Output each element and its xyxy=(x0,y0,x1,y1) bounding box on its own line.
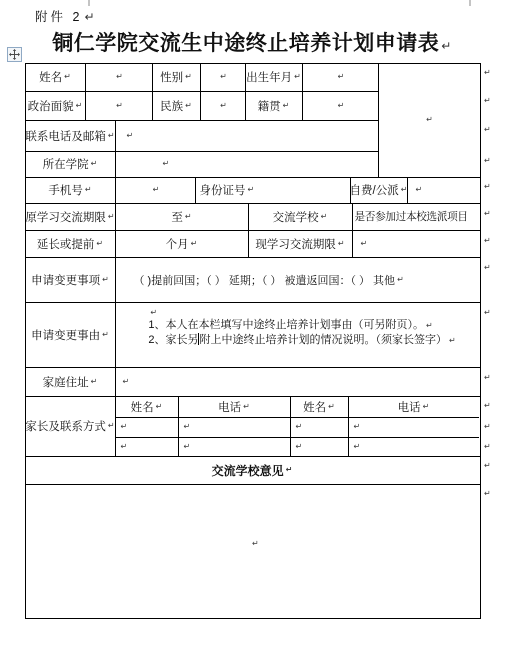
cell-end-mark: ↵ xyxy=(401,186,408,194)
cell-end-mark: ↵ xyxy=(127,132,134,140)
row-change-items: 申请变更事项↵ （ )提前回国；（ ） 延期；（ ） 被遣返回国：（ ） 其他↵ xyxy=(26,258,480,303)
cell-end-mark: ↵ xyxy=(338,102,345,110)
parent-phone-value-cell[interactable]: ↵ xyxy=(349,418,479,437)
funding-value-cell[interactable]: ↵ xyxy=(408,178,479,203)
change-reason-cell[interactable]: ↵ 1、本人在本栏填写中途终止培养计划事由（可另附页）。↵ 2、家长另附上中途终… xyxy=(116,303,479,367)
row-end-mark: ↵ xyxy=(484,69,491,77)
row-end-mark: ↵ xyxy=(484,237,491,245)
ethnicity-value-cell[interactable]: ↵ xyxy=(201,92,246,120)
cell-end-mark: ↵ xyxy=(185,213,192,221)
row-extend: 延长或提前↵ 个月↵ 现学习交流期限↵ ↵ xyxy=(26,231,480,258)
cell-end-mark: ↵ xyxy=(108,132,115,140)
photo-cell[interactable]: ↵ xyxy=(379,64,479,177)
period-to-cell[interactable]: 至↵ xyxy=(116,204,249,230)
ethnicity-label: 民族↵ xyxy=(153,92,201,120)
exchange-school-label: 交流学校↵ xyxy=(249,204,353,230)
parent-name-value-cell[interactable]: ↵ xyxy=(291,418,349,437)
row-end-mark: ↵ xyxy=(484,443,491,451)
mobile-label: 手机号↵ xyxy=(26,178,116,203)
reason-line-1: 1、本人在本栏填写中途终止培养计划事由（可另附页）。↵ xyxy=(148,319,455,333)
change-items-label: 申请变更事项↵ xyxy=(26,258,116,302)
cell-end-mark: ↵ xyxy=(153,186,160,194)
native-place-label: 籍贯↵ xyxy=(246,92,303,120)
cell-end-mark: ↵ xyxy=(64,73,71,81)
parents-header-row: 姓名↵ 电话↵ 姓名↵ 电话↵ xyxy=(116,397,479,418)
cell-end-mark: ↵ xyxy=(328,403,335,411)
college-value-cell[interactable]: ↵ xyxy=(116,152,378,177)
row-school-opinion: 交流学校意见↵ xyxy=(26,457,480,485)
cell-end-mark: ↵ xyxy=(243,403,250,411)
parent-phone-header: 电话↵ xyxy=(179,397,291,417)
cell-end-mark: ↵ xyxy=(426,116,433,124)
paragraph-mark: ↵ xyxy=(449,336,456,345)
current-period-label: 现学习交流期限↵ xyxy=(249,231,353,257)
cell-end-mark: ↵ xyxy=(354,443,361,451)
cell-end-mark: ↵ xyxy=(156,403,163,411)
attachment-label: 附件 2↵ xyxy=(35,7,98,25)
row-end-mark: ↵ xyxy=(484,97,491,105)
cell-end-mark: ↵ xyxy=(220,73,227,81)
extend-label: 延长或提前↵ xyxy=(26,231,116,257)
cell-end-mark: ↵ xyxy=(121,443,128,451)
home-address-label: 家庭住址↵ xyxy=(26,368,116,396)
participated-label: 是否参加过本校选派项目 xyxy=(353,204,479,230)
cell-end-mark: ↵ xyxy=(361,240,368,248)
row-home-address: 家庭住址↵ ↵ xyxy=(26,368,480,397)
row-contact: 联系电话及邮箱↵ ↵ xyxy=(26,121,378,152)
row-end-mark: ↵ xyxy=(484,126,491,134)
political-status-value-cell[interactable]: ↵ xyxy=(86,92,153,120)
table-move-handle-icon[interactable] xyxy=(7,47,22,62)
cell-end-mark: ↵ xyxy=(286,466,293,474)
cell-end-mark: ↵ xyxy=(248,186,255,194)
row-end-mark: ↵ xyxy=(484,402,491,410)
row-college: 所在学院↵ ↵ xyxy=(26,152,378,177)
name-value-cell[interactable]: ↵ xyxy=(86,64,153,91)
row-end-mark: ↵ xyxy=(484,309,491,317)
cell-end-mark: ↵ xyxy=(91,160,98,168)
parents-entry-row: ↵ ↵ ↵ ↵ xyxy=(116,438,479,456)
school-opinion-label: 交流学校意见↵ xyxy=(26,457,479,484)
page-margin-mark xyxy=(88,0,90,6)
current-period-value-cell[interactable]: ↵ xyxy=(353,231,479,257)
cell-end-mark: ↵ xyxy=(116,102,123,110)
cell-end-mark: ↵ xyxy=(296,423,303,431)
cell-end-mark: ↵ xyxy=(184,423,191,431)
row-name-gender-birth: 姓名↵ ↵ 性别↵ ↵ 出生年月↵ ↵ xyxy=(26,64,378,92)
college-label: 所在学院↵ xyxy=(26,152,116,177)
row-end-mark: ↵ xyxy=(484,157,491,165)
paragraph-mark: ↵ xyxy=(150,308,157,317)
cell-end-mark: ↵ xyxy=(185,102,192,110)
cell-end-mark: ↵ xyxy=(294,73,301,81)
parent-phone-value-cell[interactable]: ↵ xyxy=(179,418,291,437)
contact-value-cell[interactable]: ↵ xyxy=(116,121,378,151)
reason-line-2: 2、家长另附上中途终止培养计划的情况说明。（须家长签字）↵ xyxy=(148,333,455,348)
top-section: 姓名↵ ↵ 性别↵ ↵ 出生年月↵ ↵ 政治面貌↵ ↵ 民族↵ ↵ 籍贯↵ ↵ … xyxy=(26,64,480,178)
change-reason-label: 申请变更事由↵ xyxy=(26,303,116,367)
parents-section: 家长及联系方式↵ 姓名↵ 电话↵ 姓名↵ 电话↵ ↵ ↵ ↵ ↵ ↵ ↵ ↵ xyxy=(26,397,480,457)
row-end-mark: ↵ xyxy=(484,462,491,470)
birth-label: 出生年月↵ xyxy=(246,64,303,91)
cell-end-mark: ↵ xyxy=(220,102,227,110)
parent-phone-value-cell[interactable]: ↵ xyxy=(349,438,479,456)
cell-end-mark: ↵ xyxy=(108,213,115,221)
native-place-value-cell[interactable]: ↵ xyxy=(303,92,378,120)
row-political-ethnic-native: 政治面貌↵ ↵ 民族↵ ↵ 籍贯↵ ↵ xyxy=(26,92,378,121)
cell-end-mark: ↵ xyxy=(163,160,170,168)
parent-name-value-cell[interactable]: ↵ xyxy=(116,438,179,456)
cell-end-mark: ↵ xyxy=(416,186,423,194)
home-address-value-cell[interactable]: ↵ xyxy=(116,368,479,396)
birth-value-cell[interactable]: ↵ xyxy=(303,64,378,91)
cell-end-mark: ↵ xyxy=(338,240,345,248)
row-end-mark: ↵ xyxy=(484,423,491,431)
row-original-period: 原学习交流期限↵ 至↵ 交流学校↵ 是否参加过本校选派项目 xyxy=(26,204,480,231)
parent-name-value-cell[interactable]: ↵ xyxy=(116,418,179,437)
cell-end-mark: ↵ xyxy=(338,73,345,81)
parents-contact-label: 家长及联系方式↵ xyxy=(26,397,116,456)
reason-empty-line: ↵ xyxy=(148,306,455,320)
cell-end-mark: ↵ xyxy=(102,276,109,284)
gender-value-cell[interactable]: ↵ xyxy=(201,64,246,91)
word-document-page: 附件 2↵ 铜仁学院交流生中途终止培养计划申请表↵ 姓名↵ ↵ 性别↵ ↵ 出生… xyxy=(0,0,525,656)
change-items-options-cell[interactable]: （ )提前回国；（ ） 延期；（ ） 被遣返回国：（ ） 其他↵ xyxy=(116,258,479,302)
row-end-mark: ↵ xyxy=(484,264,491,272)
row-change-reason: 申请变更事由↵ ↵ 1、本人在本栏填写中途终止培养计划事由（可另附页）。↵ 2、… xyxy=(26,303,480,368)
page-title: 铜仁学院交流生中途终止培养计划申请表↵ xyxy=(24,27,480,57)
cell-end-mark: ↵ xyxy=(423,403,430,411)
cell-end-mark: ↵ xyxy=(85,186,92,194)
application-form-table: 姓名↵ ↵ 性别↵ ↵ 出生年月↵ ↵ 政治面貌↵ ↵ 民族↵ ↵ 籍贯↵ ↵ … xyxy=(25,63,481,619)
paragraph-mark: ↵ xyxy=(84,10,97,24)
contact-label: 联系电话及邮箱↵ xyxy=(26,121,116,151)
row-end-mark: ↵ xyxy=(484,374,491,382)
page-margin-mark xyxy=(469,0,471,6)
parents-entry-row: ↵ ↵ ↵ ↵ xyxy=(116,418,479,438)
row-opinion-body: ↵ xyxy=(26,485,480,617)
parent-phone-header: 电话↵ xyxy=(349,397,479,417)
cell-end-mark: ↵ xyxy=(321,213,328,221)
cell-end-mark: ↵ xyxy=(191,240,198,248)
four-way-arrow-icon xyxy=(9,49,20,60)
extend-months-cell[interactable]: 个月↵ xyxy=(116,231,249,257)
name-label: 姓名↵ xyxy=(26,64,86,91)
parent-phone-value-cell[interactable]: ↵ xyxy=(179,438,291,456)
cell-end-mark: ↵ xyxy=(76,102,83,110)
cell-end-mark: ↵ xyxy=(184,443,191,451)
paragraph-mark: ↵ xyxy=(426,321,433,330)
cell-end-mark: ↵ xyxy=(296,443,303,451)
political-status-label: 政治面貌↵ xyxy=(26,92,86,120)
id-number-cell[interactable]: 身份证号↵ xyxy=(196,178,351,203)
cell-end-mark: ↵ xyxy=(102,331,109,339)
cell-end-mark: ↵ xyxy=(123,378,130,386)
cell-end-mark: ↵ xyxy=(116,73,123,81)
paragraph-mark: ↵ xyxy=(441,39,452,53)
cell-end-mark: ↵ xyxy=(397,276,404,284)
row-end-mark: ↵ xyxy=(484,210,491,218)
row-end-mark: ↵ xyxy=(484,183,491,191)
cell-end-mark: ↵ xyxy=(252,540,259,548)
funding-label: 自费/公派↵ xyxy=(351,178,408,203)
cell-end-mark: ↵ xyxy=(185,73,192,81)
cell-end-mark: ↵ xyxy=(121,423,128,431)
cell-end-mark: ↵ xyxy=(283,102,290,110)
row-mobile-id-funding: 手机号↵ ↵ 身份证号↵ 自费/公派↵ ↵ xyxy=(26,178,480,204)
mobile-value-cell[interactable]: ↵ xyxy=(116,178,196,203)
row-end-mark: ↵ xyxy=(484,490,491,498)
original-period-label: 原学习交流期限↵ xyxy=(26,204,116,230)
school-opinion-body-cell[interactable]: ↵ xyxy=(26,485,479,617)
gender-label: 性别↵ xyxy=(153,64,201,91)
parent-name-header: 姓名↵ xyxy=(116,397,179,417)
parent-name-header: 姓名↵ xyxy=(291,397,349,417)
cell-end-mark: ↵ xyxy=(91,378,98,386)
cell-end-mark: ↵ xyxy=(96,240,103,248)
parent-name-value-cell[interactable]: ↵ xyxy=(291,438,349,456)
cell-end-mark: ↵ xyxy=(354,423,361,431)
cell-end-mark: ↵ xyxy=(108,422,115,430)
